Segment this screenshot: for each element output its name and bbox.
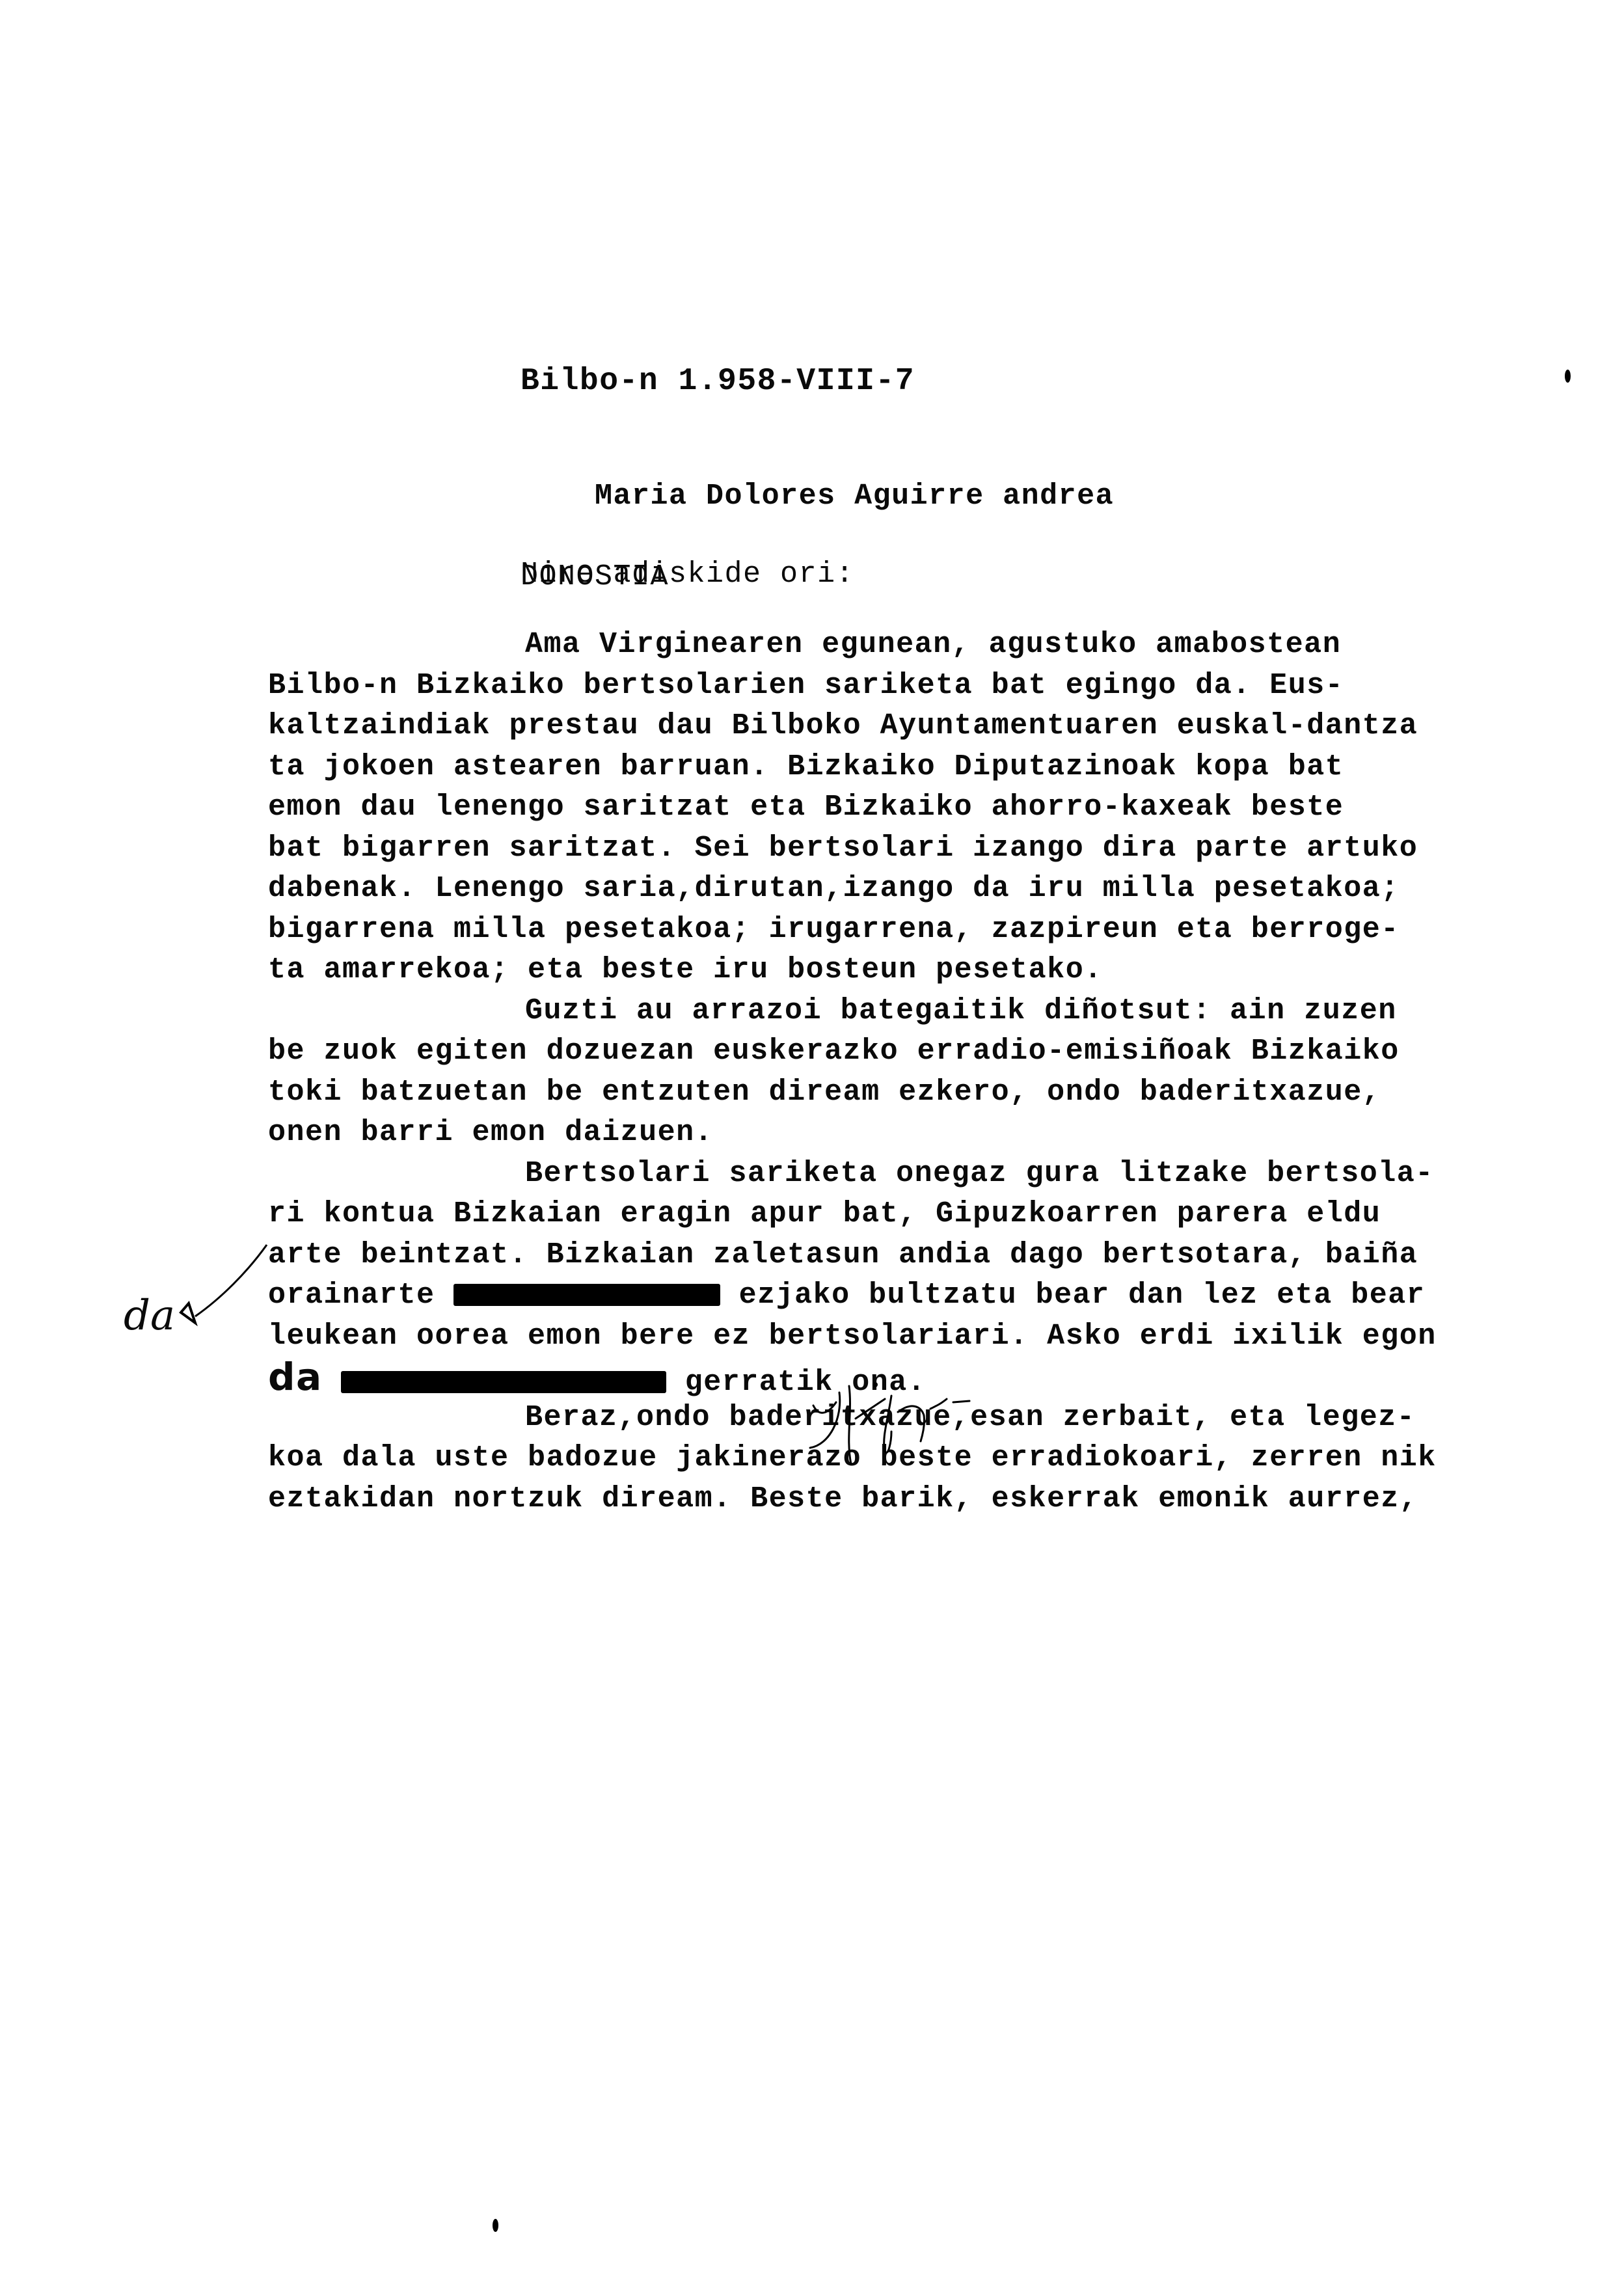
- paragraph-4-line: eztakidan nortzuk diream. Beste barik, e…: [268, 1479, 1504, 1520]
- handwritten-insertion: da: [268, 1355, 323, 1399]
- paragraph-1-line: ta jokoen astearen barruan. Bizkaiko Dip…: [268, 747, 1504, 788]
- paragraph-2-line: onen barri emon daizuen.: [268, 1113, 1504, 1154]
- paragraph-2-line: be zuok egiten dozuezan euskerazko errad…: [268, 1031, 1504, 1072]
- recipient-name: Maria Dolores Aguirre andrea: [595, 480, 1114, 513]
- paragraph-1-line: bigarrena milla pesetakoa; irugarrena, z…: [268, 910, 1504, 951]
- paragraph-1-line: bat bigarren saritzat. Sei bertsolari iz…: [268, 828, 1504, 869]
- paragraph-2-line: toki batzuetan be entzuten diream ezkero…: [268, 1072, 1504, 1113]
- paragraph-2-line: Guzti au arrazoi bategaitik diñotsut: ai…: [268, 991, 1504, 1032]
- scan-speck: [493, 2219, 498, 2232]
- signature-icon: [800, 1379, 1008, 1477]
- paragraph-1-line: ta amarrekoa; eta beste iru bosteun pese…: [268, 950, 1504, 991]
- paragraph-1-line: emon dau lenengo saritzat eta Bizkaiko a…: [268, 787, 1504, 828]
- paragraph-3-line: leukean oorea emon bere ez bertsolariari…: [268, 1316, 1504, 1357]
- paragraph-1-line: Ama Virginearen egunean, agustuko amabos…: [268, 625, 1504, 666]
- line-text: ezjako bultzatu bear dan lez eta bear: [739, 1279, 1426, 1312]
- salutation: Nire adiskide ori:: [521, 554, 854, 595]
- letter-page: Bilbo-n 1.958-VIII-7 Maria Dolores Aguir…: [0, 0, 1624, 2282]
- paragraph-3-line: ri kontua Bizkaian eragin apur bat, Gipu…: [268, 1194, 1504, 1235]
- scan-speck: [1565, 370, 1571, 383]
- paragraph-3-line: Bertsolari sariketa onegaz gura litzake …: [268, 1154, 1504, 1195]
- margin-note: da: [124, 1292, 175, 1340]
- paragraph-1-line: Bilbo-n Bizkaiko bertsolarien sariketa b…: [268, 666, 1504, 707]
- line-text: orainarte: [268, 1279, 435, 1312]
- paragraph-3-line: arte beintzat. Bizkaian zaletasun andia …: [268, 1235, 1504, 1276]
- paragraph-3-line: orainarte ezjako bultzatu bear dan lez e…: [268, 1275, 1504, 1316]
- redaction-bar: [453, 1284, 720, 1306]
- paragraph-1-line: dabenak. Lenengo saria,dirutan,izango da…: [268, 869, 1504, 910]
- letter-date: Bilbo-n 1.958-VIII-7: [521, 361, 915, 401]
- paragraph-1-line: kaltzaindiak prestau dau Bilboko Ayuntam…: [268, 706, 1504, 747]
- redaction-bar: [341, 1371, 666, 1393]
